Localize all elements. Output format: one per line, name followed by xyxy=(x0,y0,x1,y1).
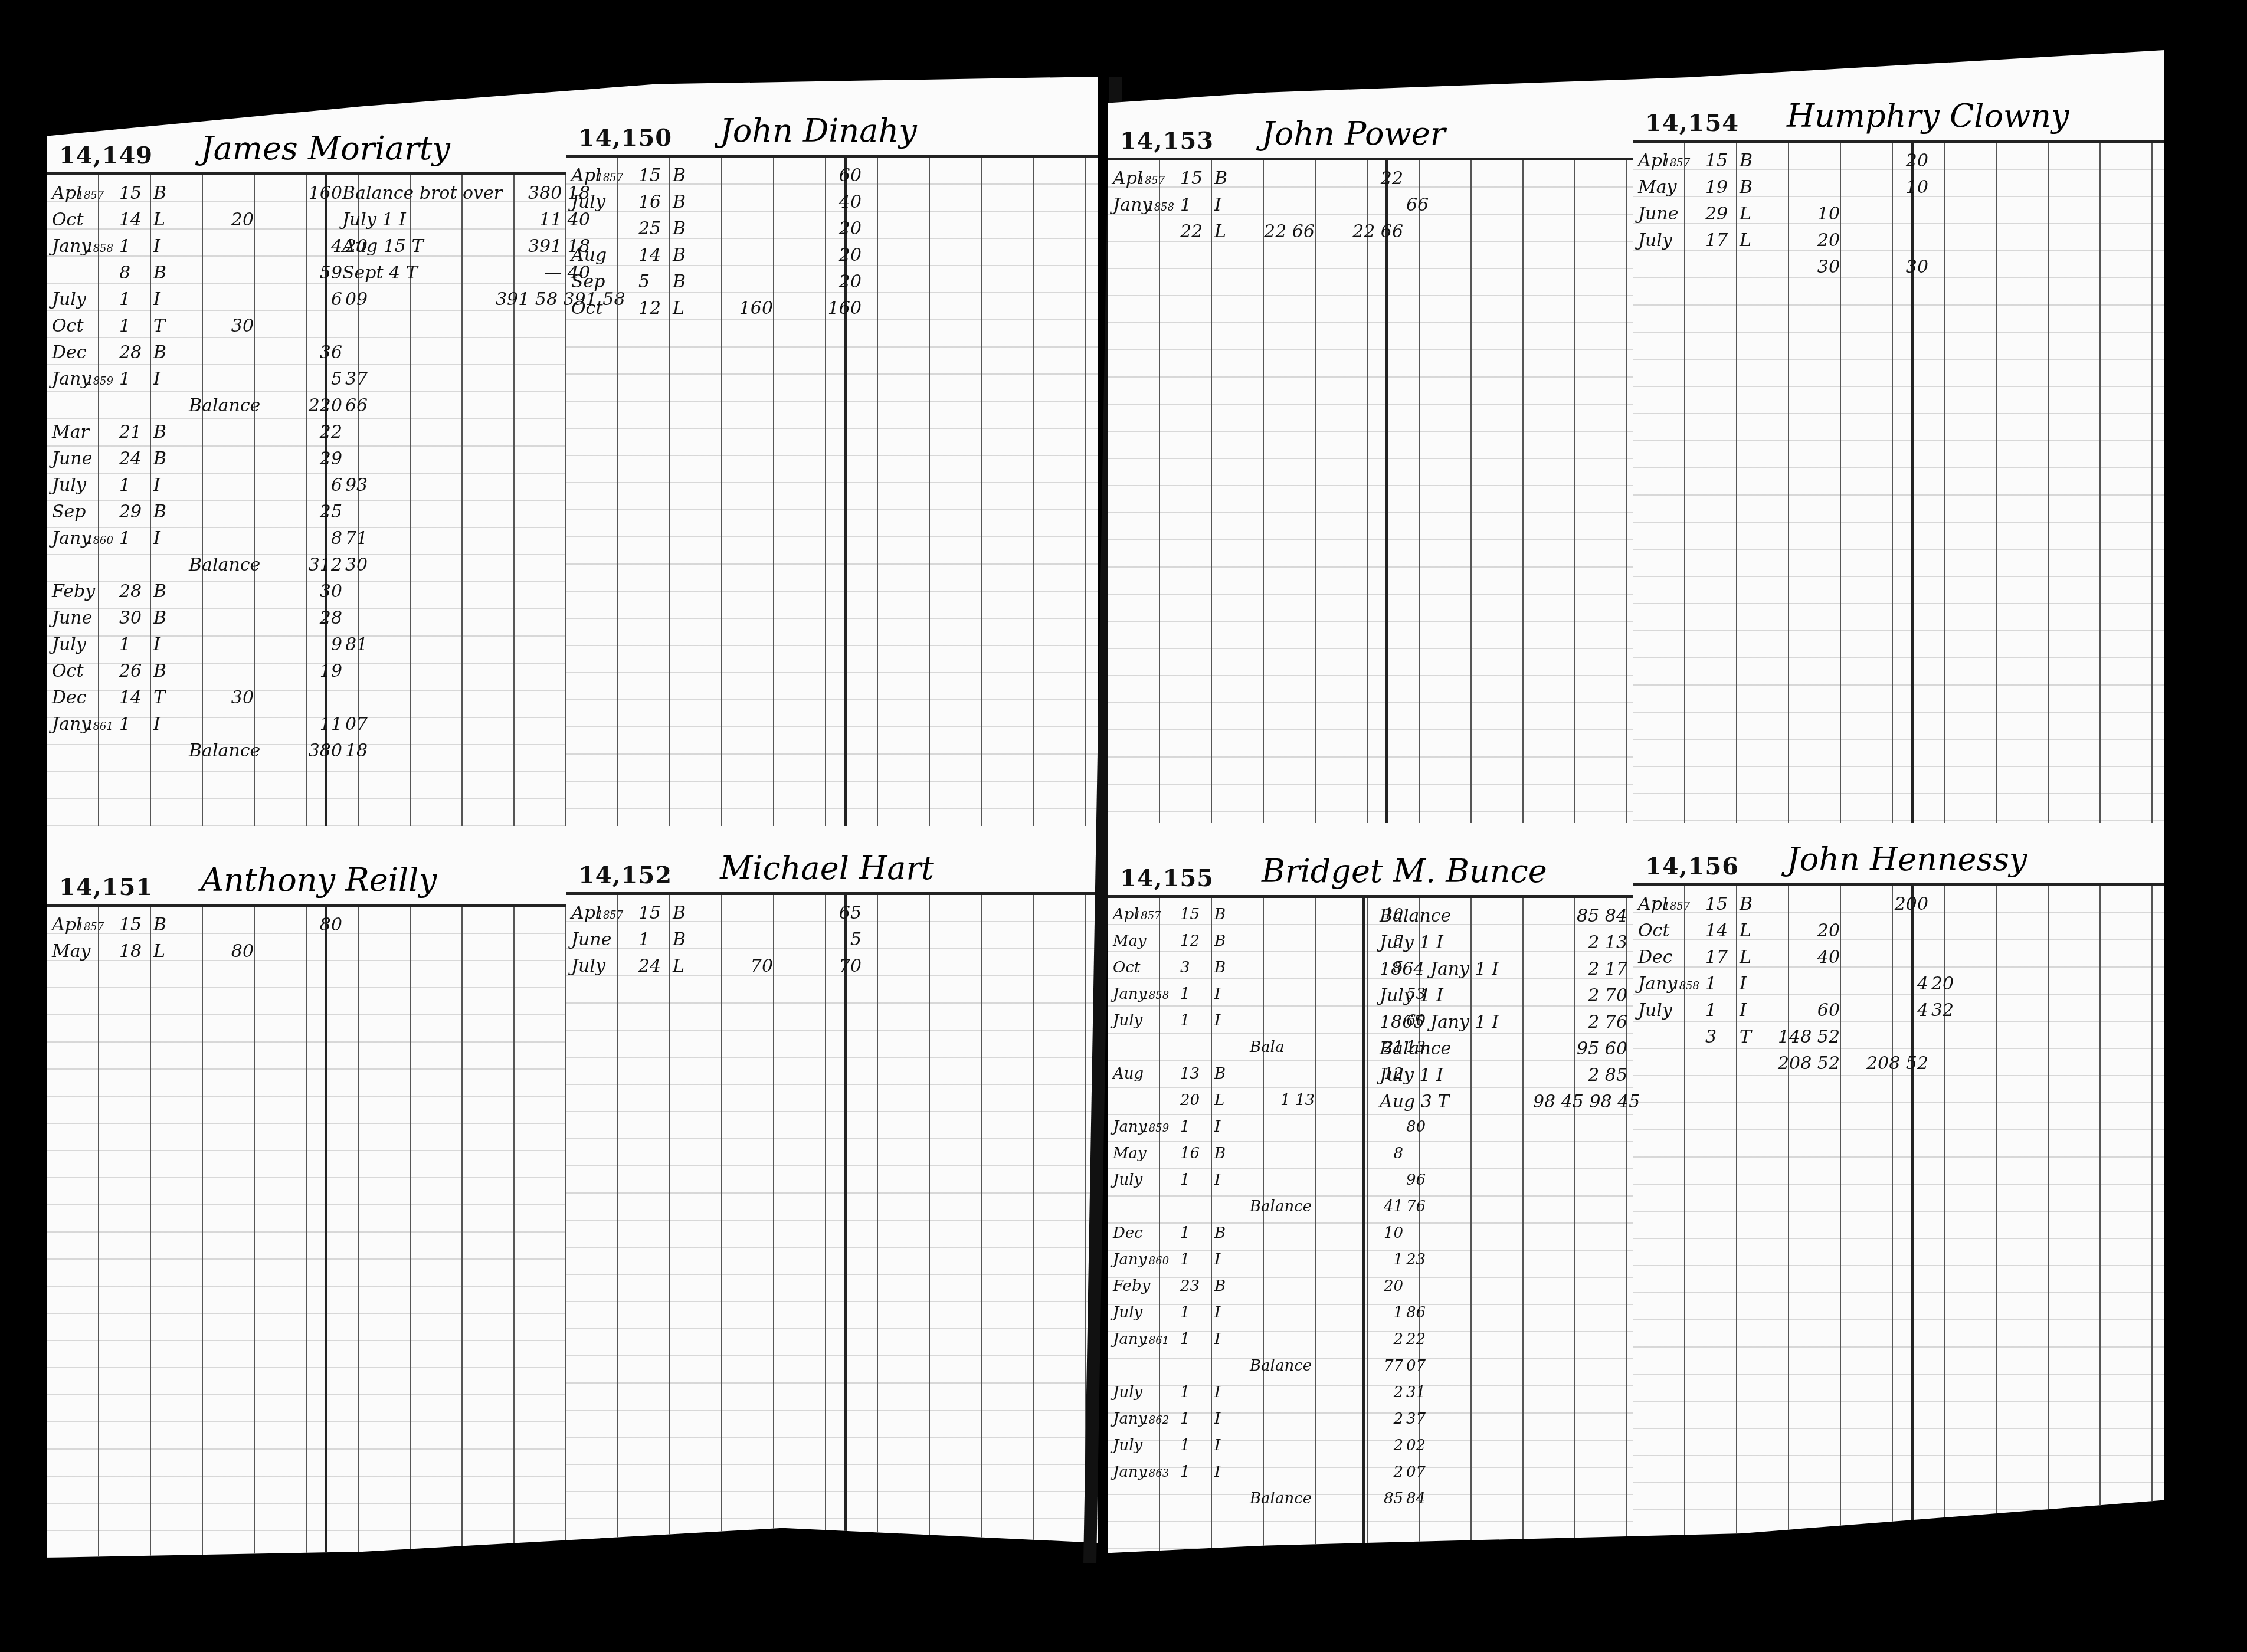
credit-amount: 28 xyxy=(271,608,342,628)
entry-month: June xyxy=(571,929,636,950)
entry-description: Balance brot over xyxy=(342,183,496,204)
ledger-left-page: 14,149 James Moriarty Apl185715B160Oct14… xyxy=(47,77,1098,1558)
entry-folio: B xyxy=(153,661,177,681)
entry-month: May xyxy=(52,941,117,962)
cents-amount: 66 xyxy=(1406,195,1442,215)
ledger-row: Sep5B20 xyxy=(566,271,844,298)
cents-amount: 84 xyxy=(1406,1490,1442,1507)
entry-month: Apl1857 xyxy=(1638,150,1703,171)
cents-amount: 80 xyxy=(1406,1118,1442,1136)
entry-day: 1 xyxy=(119,369,149,389)
entry-year: 1858 xyxy=(1672,980,1699,992)
ledger-row: July 1 I2 85 xyxy=(1368,1065,1633,1091)
entry-folio: B xyxy=(1214,959,1238,976)
ledger-row: July1I609 xyxy=(47,289,325,316)
entry-month: July xyxy=(1638,230,1703,251)
entry-day: 3 xyxy=(1180,959,1210,976)
ledger-row: 20L1 13 xyxy=(1108,1091,1362,1118)
ruled-columns xyxy=(47,907,566,1558)
entry-day: 26 xyxy=(119,661,149,681)
ledger-row: Balance31230 xyxy=(47,555,325,581)
entry-month: Jany1858 xyxy=(1638,973,1703,994)
entry-folio: B xyxy=(1740,894,1763,914)
ledger-row: Feby23B20 xyxy=(1108,1277,1362,1304)
cents-amount: 02 xyxy=(1406,1437,1442,1454)
entry-folio: L xyxy=(1740,204,1763,224)
entry-year: 1857 xyxy=(596,909,623,922)
ledger-row: June29L10 xyxy=(1633,204,1911,230)
entry-folio: B xyxy=(1740,177,1763,198)
entry-year: 1858 xyxy=(86,242,113,255)
entry-day: 1 xyxy=(1180,1304,1210,1322)
entry-month: Aug xyxy=(571,245,636,265)
entry-folio: L xyxy=(1740,230,1763,251)
column-divider xyxy=(325,907,327,1558)
entry-day: 5 xyxy=(638,271,668,292)
balance-label: Balance xyxy=(189,740,254,761)
credit-amount: 60 xyxy=(791,165,862,186)
entry-month: Apl1857 xyxy=(1638,894,1703,914)
entry-day: 18 xyxy=(119,941,149,962)
entry-day: 28 xyxy=(119,342,149,363)
credit-amount: 20 xyxy=(791,245,862,265)
entry-folio: I xyxy=(1740,973,1763,994)
cents-amount: 96 xyxy=(1406,1171,1442,1189)
entry-folio: B xyxy=(153,581,177,602)
entry-month: July xyxy=(1113,1437,1178,1454)
entry-description: Aug 15 T xyxy=(342,236,496,257)
entry-day: 16 xyxy=(1180,1145,1210,1162)
credit-amount: 220 xyxy=(271,395,342,416)
entry-folio: I xyxy=(153,528,177,549)
ledger-row: Balance38018 xyxy=(47,740,325,767)
entry-month: Dec xyxy=(52,687,117,708)
ledger-row: Oct14L20 xyxy=(1633,920,1911,947)
entry-month: Jany1863 xyxy=(1113,1463,1178,1481)
credit-amount: 29 xyxy=(271,448,342,469)
entry-day: 15 xyxy=(119,914,149,935)
entry-day: 1 xyxy=(1180,195,1210,215)
entry-year: 1857 xyxy=(596,172,623,184)
entry-month: Sep xyxy=(52,501,117,522)
entry-year: 1861 xyxy=(1142,1335,1169,1347)
debit-entries: Apl185715B10May12B5Oct3B5Jany18581I53Jul… xyxy=(1108,906,1362,1516)
cents-amount: 76 xyxy=(1406,1198,1442,1215)
entry-year: 1863 xyxy=(1142,1467,1169,1480)
ledger-row: Aug14B20 xyxy=(566,245,844,271)
entry-folio: B xyxy=(153,183,177,204)
cents-amount: 81 xyxy=(345,634,381,655)
ledger-row: 3030 xyxy=(1633,257,1911,283)
entry-day: 15 xyxy=(1180,168,1210,189)
entry-month: May xyxy=(1113,932,1178,950)
entry-month: Oct xyxy=(1113,959,1178,976)
credit-amount: 2 xyxy=(1332,1330,1403,1348)
entry-day: 15 xyxy=(638,165,668,186)
ledger-row: Apl185715B160 xyxy=(47,183,325,209)
entry-day: 1 xyxy=(119,714,149,735)
ledger-row: Aug13B12 xyxy=(1108,1065,1362,1091)
credit-amount: 2 xyxy=(1332,1384,1403,1401)
entry-month: July xyxy=(52,634,117,655)
credit-amount: 4 xyxy=(1858,1000,1928,1021)
entry-month: Jany1859 xyxy=(1113,1118,1178,1136)
debit-amount: 148 52 xyxy=(1775,1027,1840,1047)
entry-amount: 2 85 xyxy=(1533,1065,1627,1086)
ledger-row: Aug 3 T98 45 98 45 xyxy=(1368,1091,1633,1118)
entry-day: 29 xyxy=(119,501,149,522)
ledger-row: Jany18611I1107 xyxy=(47,714,325,740)
account-holder-name: Humphry Clowny xyxy=(1787,97,2069,135)
debit-amount: 40 xyxy=(1775,947,1840,968)
entry-description: July 1 I xyxy=(342,209,496,230)
entry-month: Jany1861 xyxy=(52,714,117,735)
entry-folio: I xyxy=(1214,195,1238,215)
entry-month: Feby xyxy=(52,581,117,602)
credit-amount: 9 xyxy=(271,634,342,655)
entry-day: 1 xyxy=(119,236,149,257)
cents-amount: 07 xyxy=(1406,1357,1442,1375)
account-holder-name: James Moriarty xyxy=(201,130,450,167)
entry-year: 1857 xyxy=(1663,900,1690,913)
debit-amount: 70 xyxy=(708,956,773,976)
entry-description: Balance xyxy=(1380,906,1533,926)
ledger-row: June1B5 xyxy=(566,929,844,956)
balance-label: Balance xyxy=(189,395,254,416)
ledger-row: Jany18581I420 xyxy=(1633,973,1911,1000)
ledger-row: July24L7070 xyxy=(566,956,844,982)
ledger-row: Bala2113 xyxy=(1108,1038,1362,1065)
ledger-row: Dec17L40 xyxy=(1633,947,1911,973)
ledger-row: July16B40 xyxy=(566,192,844,218)
entry-month: May xyxy=(1113,1145,1178,1162)
entry-folio: L xyxy=(1740,947,1763,968)
entry-day: 1 xyxy=(1180,1410,1210,1428)
debit-amount: 1 13 xyxy=(1250,1091,1315,1109)
entry-month: Dec xyxy=(1638,947,1703,968)
cents-amount: 20 xyxy=(1931,973,1967,994)
entry-year: 1857 xyxy=(77,921,104,933)
ledger-row: Mar21B22 xyxy=(47,422,325,448)
entry-day: 1 xyxy=(1180,1224,1210,1242)
account-holder-name: John Power xyxy=(1262,115,1446,152)
ledger-row: 8B59 xyxy=(47,263,325,289)
entry-month: Sep xyxy=(571,271,636,292)
cents-amount: 37 xyxy=(345,369,381,389)
ledger-row: Dec14T30 xyxy=(47,687,325,714)
credit-amount: 6 xyxy=(271,475,342,496)
ledger-row: July17L20 xyxy=(1633,230,1911,257)
account-holder-name: Anthony Reilly xyxy=(201,861,437,899)
entry-month: Mar xyxy=(52,422,117,442)
debit-amount: 160 xyxy=(708,298,773,319)
entry-day: 1 xyxy=(1180,985,1210,1003)
entry-amount: 2 70 xyxy=(1533,985,1627,1006)
ledger-row: Apl185715B60 xyxy=(566,165,844,192)
ledger-row: Dec1B10 xyxy=(1108,1224,1362,1251)
account-14155: 14,155 Bridget M. Bunce Apl185715B10May1… xyxy=(1108,853,1633,1561)
entry-folio: B xyxy=(153,914,177,935)
entry-folio: B xyxy=(153,608,177,628)
entry-month: Jany1860 xyxy=(52,528,117,549)
credit-amount: 5 xyxy=(791,929,862,950)
entry-folio: B xyxy=(673,218,696,239)
credit-amount: 85 xyxy=(1332,1490,1403,1507)
entry-amount: 85 84 xyxy=(1533,906,1627,926)
credit-amount: 8 xyxy=(1332,1145,1403,1162)
account-14154: 14,154 Humphry Clowny Apl185715B20May19B… xyxy=(1633,97,2164,823)
entry-amount: 98 45 98 45 xyxy=(1533,1091,1627,1112)
entry-folio: I xyxy=(1214,1384,1238,1401)
column-divider xyxy=(1911,143,1914,823)
credit-amount: 30 xyxy=(1858,257,1928,277)
entry-day: 1 xyxy=(1180,1118,1210,1136)
entry-month: Apl1857 xyxy=(1113,168,1178,189)
entry-month: July xyxy=(52,475,117,496)
credit-amount: 4 xyxy=(1858,973,1928,994)
ledger-row: 208 52208 52 xyxy=(1633,1053,1911,1080)
ledger-row: May16B8 xyxy=(1108,1145,1362,1171)
entry-month: Jany1861 xyxy=(1113,1330,1178,1348)
entries: Apl185715B60July16B4025B20Aug14B20Sep5B2… xyxy=(566,165,844,324)
entry-day: 1 xyxy=(638,929,668,950)
balance-label: Balance xyxy=(1250,1490,1315,1507)
entry-month: Jany1858 xyxy=(52,236,117,257)
account-number: 14,155 xyxy=(1120,864,1214,892)
ledger-row: Oct1T30 xyxy=(47,316,325,342)
entry-day: 1 xyxy=(1180,1330,1210,1348)
entry-folio: B xyxy=(673,192,696,212)
ledger-row: May18L80 xyxy=(47,941,325,968)
entry-month: Oct xyxy=(52,316,117,336)
credit-amount: 40 xyxy=(791,192,862,212)
entry-day: 12 xyxy=(638,298,668,319)
entry-day: 23 xyxy=(1180,1277,1210,1295)
entry-day: 1 xyxy=(1180,1012,1210,1030)
entry-day: 1 xyxy=(119,289,149,310)
entry-year: 1857 xyxy=(1663,157,1690,169)
entry-folio: I xyxy=(153,369,177,389)
account-holder-name: Bridget M. Bunce xyxy=(1262,853,1547,890)
entry-year: 1858 xyxy=(1147,201,1174,214)
entries: Apl185715B65June1B5July24L7070 xyxy=(566,903,844,982)
entry-month: Oct xyxy=(571,298,636,319)
ledger-row: Dec28B36 xyxy=(47,342,325,369)
entry-day: 1 xyxy=(1180,1463,1210,1481)
entry-folio: I xyxy=(153,634,177,655)
entry-month: Feby xyxy=(1113,1277,1178,1295)
account-number: 14,152 xyxy=(578,861,672,889)
entry-folio: I xyxy=(153,714,177,735)
entry-folio: I xyxy=(1740,1000,1763,1021)
column-divider xyxy=(844,895,847,1558)
cents-amount: 32 xyxy=(1931,1000,1967,1021)
cents-amount: 66 xyxy=(345,395,381,416)
ledger-row: Jany18581I53 xyxy=(1108,985,1362,1012)
debit-entries: Apl185715B160Oct14L20Jany18581I4208B59Ju… xyxy=(47,183,325,767)
entry-description: 1864 Jany 1 I xyxy=(1380,959,1533,979)
entry-month: Jany1858 xyxy=(1113,985,1178,1003)
ledger-row: Balance4176 xyxy=(1108,1198,1362,1224)
entry-day: 14 xyxy=(119,687,149,708)
cents-amount: 23 xyxy=(1406,1251,1442,1268)
entry-year: 1859 xyxy=(86,375,113,388)
credit-amount: 200 xyxy=(1858,894,1928,914)
entry-day: 1 xyxy=(119,475,149,496)
ledger-row: May19B10 xyxy=(1633,177,1911,204)
entry-day: 13 xyxy=(1180,1065,1210,1083)
entry-day: 17 xyxy=(1705,230,1735,251)
entry-day: 1 xyxy=(1180,1437,1210,1454)
balance-label: Bala xyxy=(1250,1038,1315,1056)
ledger-row: July 1 I2 70 xyxy=(1368,985,1633,1012)
entry-folio: L xyxy=(1214,1091,1238,1109)
credit-amount: 10 xyxy=(1858,177,1928,198)
debit-amount: 30 xyxy=(189,316,254,336)
debit-amount: 30 xyxy=(189,687,254,708)
entry-month: July xyxy=(1113,1304,1178,1322)
entry-month: Jany1860 xyxy=(1113,1251,1178,1268)
credit-amount: 160 xyxy=(791,298,862,319)
debit-amount: 60 xyxy=(1775,1000,1840,1021)
entry-folio: I xyxy=(1214,1118,1238,1136)
credit-amount: 380 xyxy=(271,740,342,761)
entry-folio: B xyxy=(1740,150,1763,171)
entry-day: 1 xyxy=(119,528,149,549)
balance-label: Balance xyxy=(1250,1198,1315,1215)
credit-amount: 312 xyxy=(271,555,342,575)
ledger-row: Balance85 84 xyxy=(1368,906,1633,932)
entry-description: July 1 I xyxy=(1380,932,1533,953)
credit-amount: 8 xyxy=(271,528,342,549)
credit-amount: 11 xyxy=(271,714,342,735)
entry-description: 1865 Jany 1 I xyxy=(1380,1012,1533,1032)
ledger-row: May12B5 xyxy=(1108,932,1362,959)
entry-day: 15 xyxy=(638,903,668,923)
entry-month: June xyxy=(52,448,117,469)
ledger-row: June24B29 xyxy=(47,448,325,475)
ledger-row: July1I60 xyxy=(1108,1012,1362,1038)
credit-amount: 22 xyxy=(271,422,342,442)
ledger-row: July1I96 xyxy=(1108,1171,1362,1198)
ledger-row: Balance95 60 xyxy=(1368,1038,1633,1065)
entry-folio: B xyxy=(673,271,696,292)
account-14153: 14,153 John Power Apl185715B22Jany18581I… xyxy=(1108,115,1633,823)
ledger-row: Balance8584 xyxy=(1108,1490,1362,1516)
entry-month: Jany1859 xyxy=(52,369,117,389)
credit-amount: 80 xyxy=(271,914,342,935)
ledger-row: Jany18621I237 xyxy=(1108,1410,1362,1437)
ledger-row: July 1 I2 13 xyxy=(1368,932,1633,959)
debit-amount: 30 xyxy=(1775,257,1840,277)
credit-amount: 22 66 xyxy=(1332,221,1403,242)
entry-description: July 1 I xyxy=(1380,1065,1533,1086)
entry-year: 1859 xyxy=(1142,1122,1169,1135)
entry-folio: T xyxy=(1740,1027,1763,1047)
column-divider xyxy=(1385,160,1388,823)
entry-folio: B xyxy=(1214,906,1238,923)
entry-description: Balance xyxy=(1380,1038,1533,1059)
cents-amount: 86 xyxy=(1406,1304,1442,1322)
credit-amount: 20 xyxy=(1332,1277,1403,1295)
account-14149: 14,149 James Moriarty Apl185715B160Oct14… xyxy=(47,130,566,826)
ledger-row: Balance brot over380 18 xyxy=(330,183,566,209)
entry-folio: I xyxy=(1214,1012,1238,1030)
entry-folio: I xyxy=(1214,1251,1238,1268)
entries: Apl185715B200Oct14L20Dec17L40Jany18581I4… xyxy=(1633,894,1911,1080)
entry-folio: T xyxy=(153,316,177,336)
credit-amount: 22 xyxy=(1332,168,1403,189)
ledger-row: Balance7707 xyxy=(1108,1357,1362,1384)
ledger-row: Balance22066 xyxy=(47,395,325,422)
credit-amount: 20 xyxy=(791,218,862,239)
ledger-row: July1I60432 xyxy=(1633,1000,1911,1027)
ledger-row: July1I202 xyxy=(1108,1437,1362,1463)
ledger-row: July1I231 xyxy=(1108,1384,1362,1410)
credit-amount: 2 xyxy=(1332,1463,1403,1481)
entry-folio: I xyxy=(1214,985,1238,1003)
cents-amount: 31 xyxy=(1406,1384,1442,1401)
ledger-row: June30B28 xyxy=(47,608,325,634)
ledger-row: Apl185715B80 xyxy=(47,914,325,941)
entry-day: 14 xyxy=(119,209,149,230)
ledger-right-page: 14,153 John Power Apl185715B22Jany18581I… xyxy=(1108,50,2164,1561)
entry-month: July xyxy=(571,192,636,212)
entry-folio: B xyxy=(673,245,696,265)
cents-amount: 93 xyxy=(345,475,381,496)
entry-description: July 1 I xyxy=(1380,985,1533,1006)
account-holder-name: John Hennessy xyxy=(1787,841,2027,878)
entry-folio: I xyxy=(153,289,177,310)
entry-year: 1857 xyxy=(1138,175,1165,187)
cents-amount: 18 xyxy=(345,740,381,761)
entry-day: 1 xyxy=(1705,1000,1735,1021)
entry-month: July xyxy=(571,956,636,976)
credit-amount: 10 xyxy=(1332,1224,1403,1242)
ledger-row: 25B20 xyxy=(566,218,844,245)
entry-month: Dec xyxy=(52,342,117,363)
entry-day: 24 xyxy=(119,448,149,469)
cents-amount: 37 xyxy=(1406,1410,1442,1428)
entry-year: 1860 xyxy=(1142,1255,1169,1267)
entry-folio: L xyxy=(153,941,177,962)
entry-day: 17 xyxy=(1705,947,1735,968)
entry-month: Apl1857 xyxy=(1113,906,1178,923)
credit-amount: 2 xyxy=(1332,1410,1403,1428)
credit-amount: 2 xyxy=(1332,1437,1403,1454)
account-14156: 14,156 John Hennessy Apl185715B200Oct14L… xyxy=(1633,841,2164,1561)
entry-folio: L xyxy=(673,956,696,976)
entry-day: 15 xyxy=(1705,894,1735,914)
entry-day: 16 xyxy=(638,192,668,212)
entry-day: 24 xyxy=(638,956,668,976)
entry-folio: B xyxy=(1214,1145,1238,1162)
entries: Apl185715B20May19B10June29L10July17L2030… xyxy=(1633,150,1911,283)
entry-day: 8 xyxy=(119,263,149,283)
credit-amount: 19 xyxy=(271,661,342,681)
entry-month: Jany1862 xyxy=(1113,1410,1178,1428)
entry-folio: I xyxy=(153,475,177,496)
entry-month: Oct xyxy=(52,209,117,230)
ledger-row: Sept 4 T— 40 xyxy=(330,263,566,289)
entry-folio: B xyxy=(1214,1277,1238,1295)
account-holder-name: John Dinahy xyxy=(720,112,917,149)
entry-month: Aug xyxy=(1113,1065,1178,1083)
entry-month: July xyxy=(52,289,117,310)
ledger-row: July1I693 xyxy=(47,475,325,501)
ledger-row: Jany18631I207 xyxy=(1108,1463,1362,1490)
credit-amount: 30 xyxy=(271,581,342,602)
